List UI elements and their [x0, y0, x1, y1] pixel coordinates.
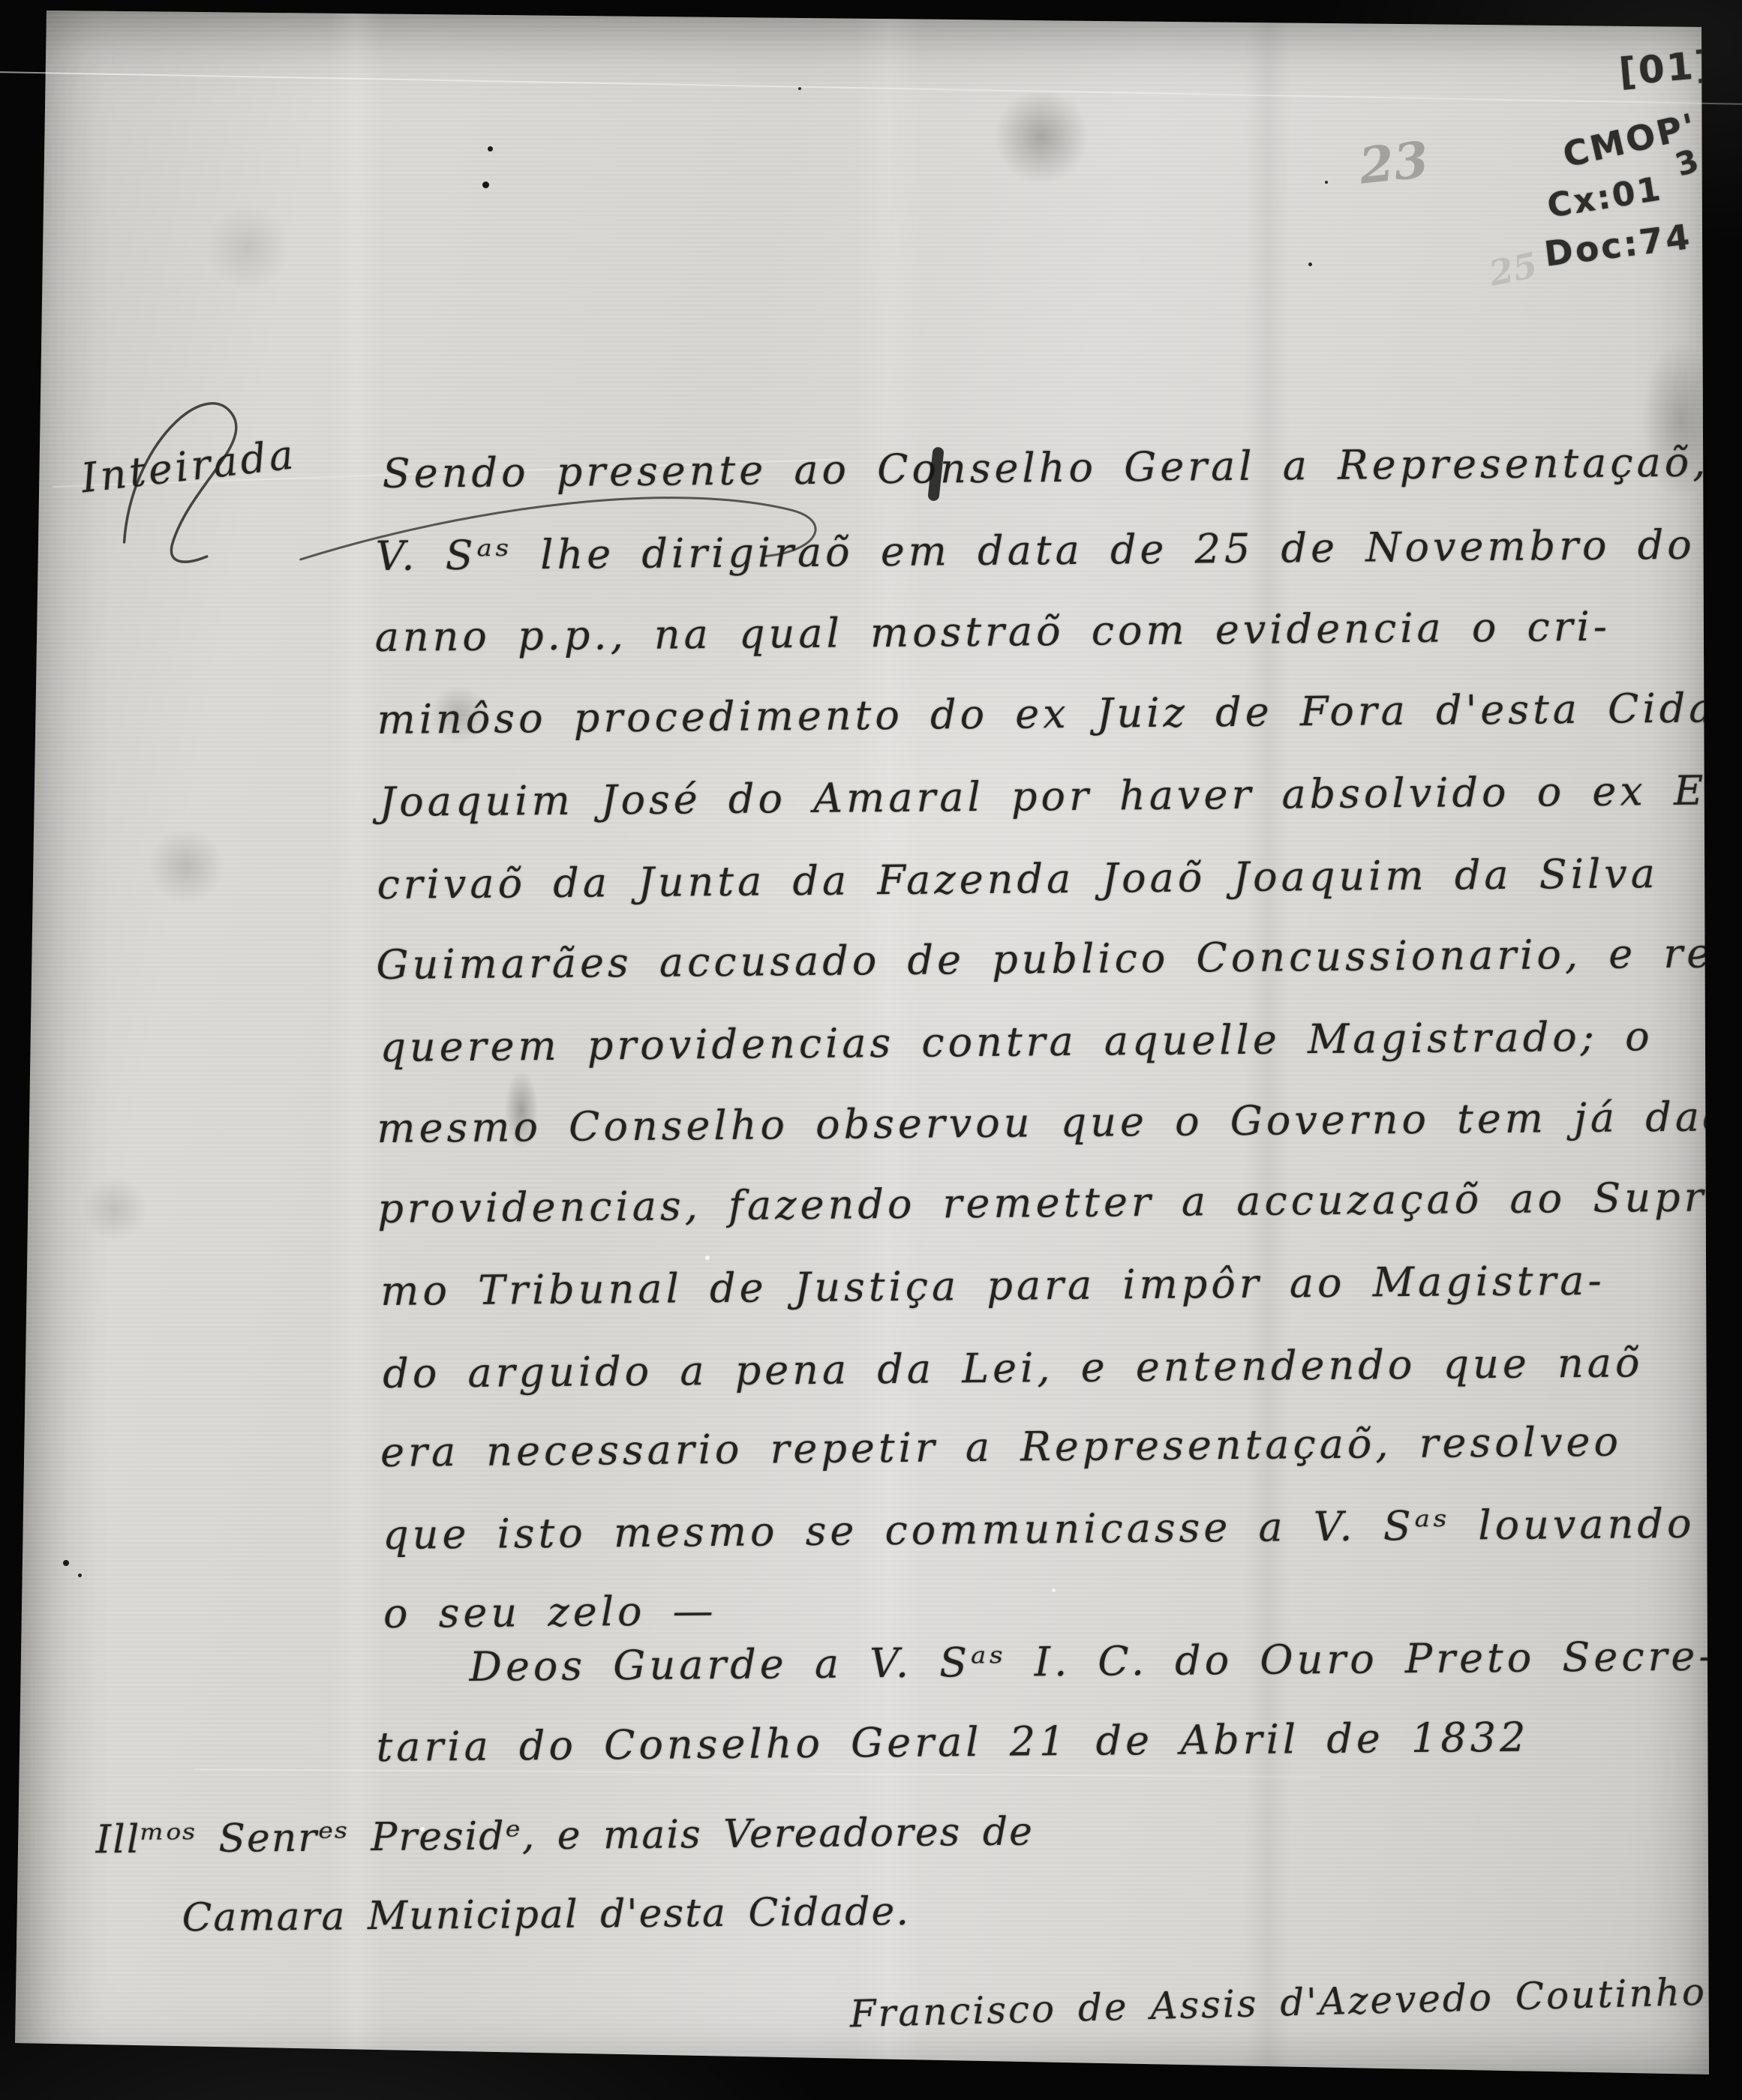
manuscript-line: minôso procedimento do ex Juiz de Fora d… [377, 684, 1742, 743]
manuscript-line: Deos Guarde a V. Sᵃˢ I. C. do Ouro Preto… [469, 1632, 1716, 1690]
pencil-number: 23 [1356, 130, 1431, 195]
manuscript-text: Inteirada Sendo presente ao Conselho Ger… [0, 0, 1742, 2100]
manuscript-line: do arguido a pena da Lei, e entendendo q… [383, 1339, 1644, 1397]
manuscript-line: crivaõ da Junta da Fazenda Joaõ Joaquim … [377, 850, 1659, 908]
manuscript-line: querem providencias contra aquelle Magis… [380, 1012, 1653, 1071]
addressee-line: Illᵐᵒˢ Senrᵉˢ Presidᵉ, e mais Vereadores… [95, 1809, 1034, 1862]
signature: Francisco de Assis d'Azevedo Coutinho [849, 1970, 1707, 2036]
manuscript-line: providencias, fazendo remetter a accuzaç… [377, 1173, 1742, 1232]
manuscript-line: mo Tribunal de Justiça para impôr ao Mag… [380, 1257, 1605, 1315]
manuscript-line: Guimarães accusado de publico Concussion… [376, 929, 1731, 988]
scan-background: Inteirada Sendo presente ao Conselho Ger… [0, 0, 1742, 2100]
archive-folio-number: [01] [1617, 43, 1716, 94]
document-page: Inteirada Sendo presente ao Conselho Ger… [0, 0, 1742, 2100]
addressee-line: Camara Municipal d'esta Cidade. [182, 1889, 910, 1940]
manuscript-line: que isto mesmo se communicasse a V. Sᵃˢ … [383, 1500, 1695, 1558]
manuscript-line: mesmo Conselho observou que o Governo te… [377, 1092, 1742, 1152]
manuscript-line: anno p.p., na qual mostraõ com evidencia… [374, 603, 1611, 661]
manuscript-line: era necessario repetir a Representaçaõ, … [380, 1418, 1622, 1476]
manuscript-line: taria do Conselho Geral 21 de Abril de 1… [376, 1714, 1529, 1771]
manuscript-line: o seu zelo — [383, 1587, 717, 1637]
manuscript-line: Joaquim José do Amaral por haver absolvi… [379, 766, 1742, 826]
